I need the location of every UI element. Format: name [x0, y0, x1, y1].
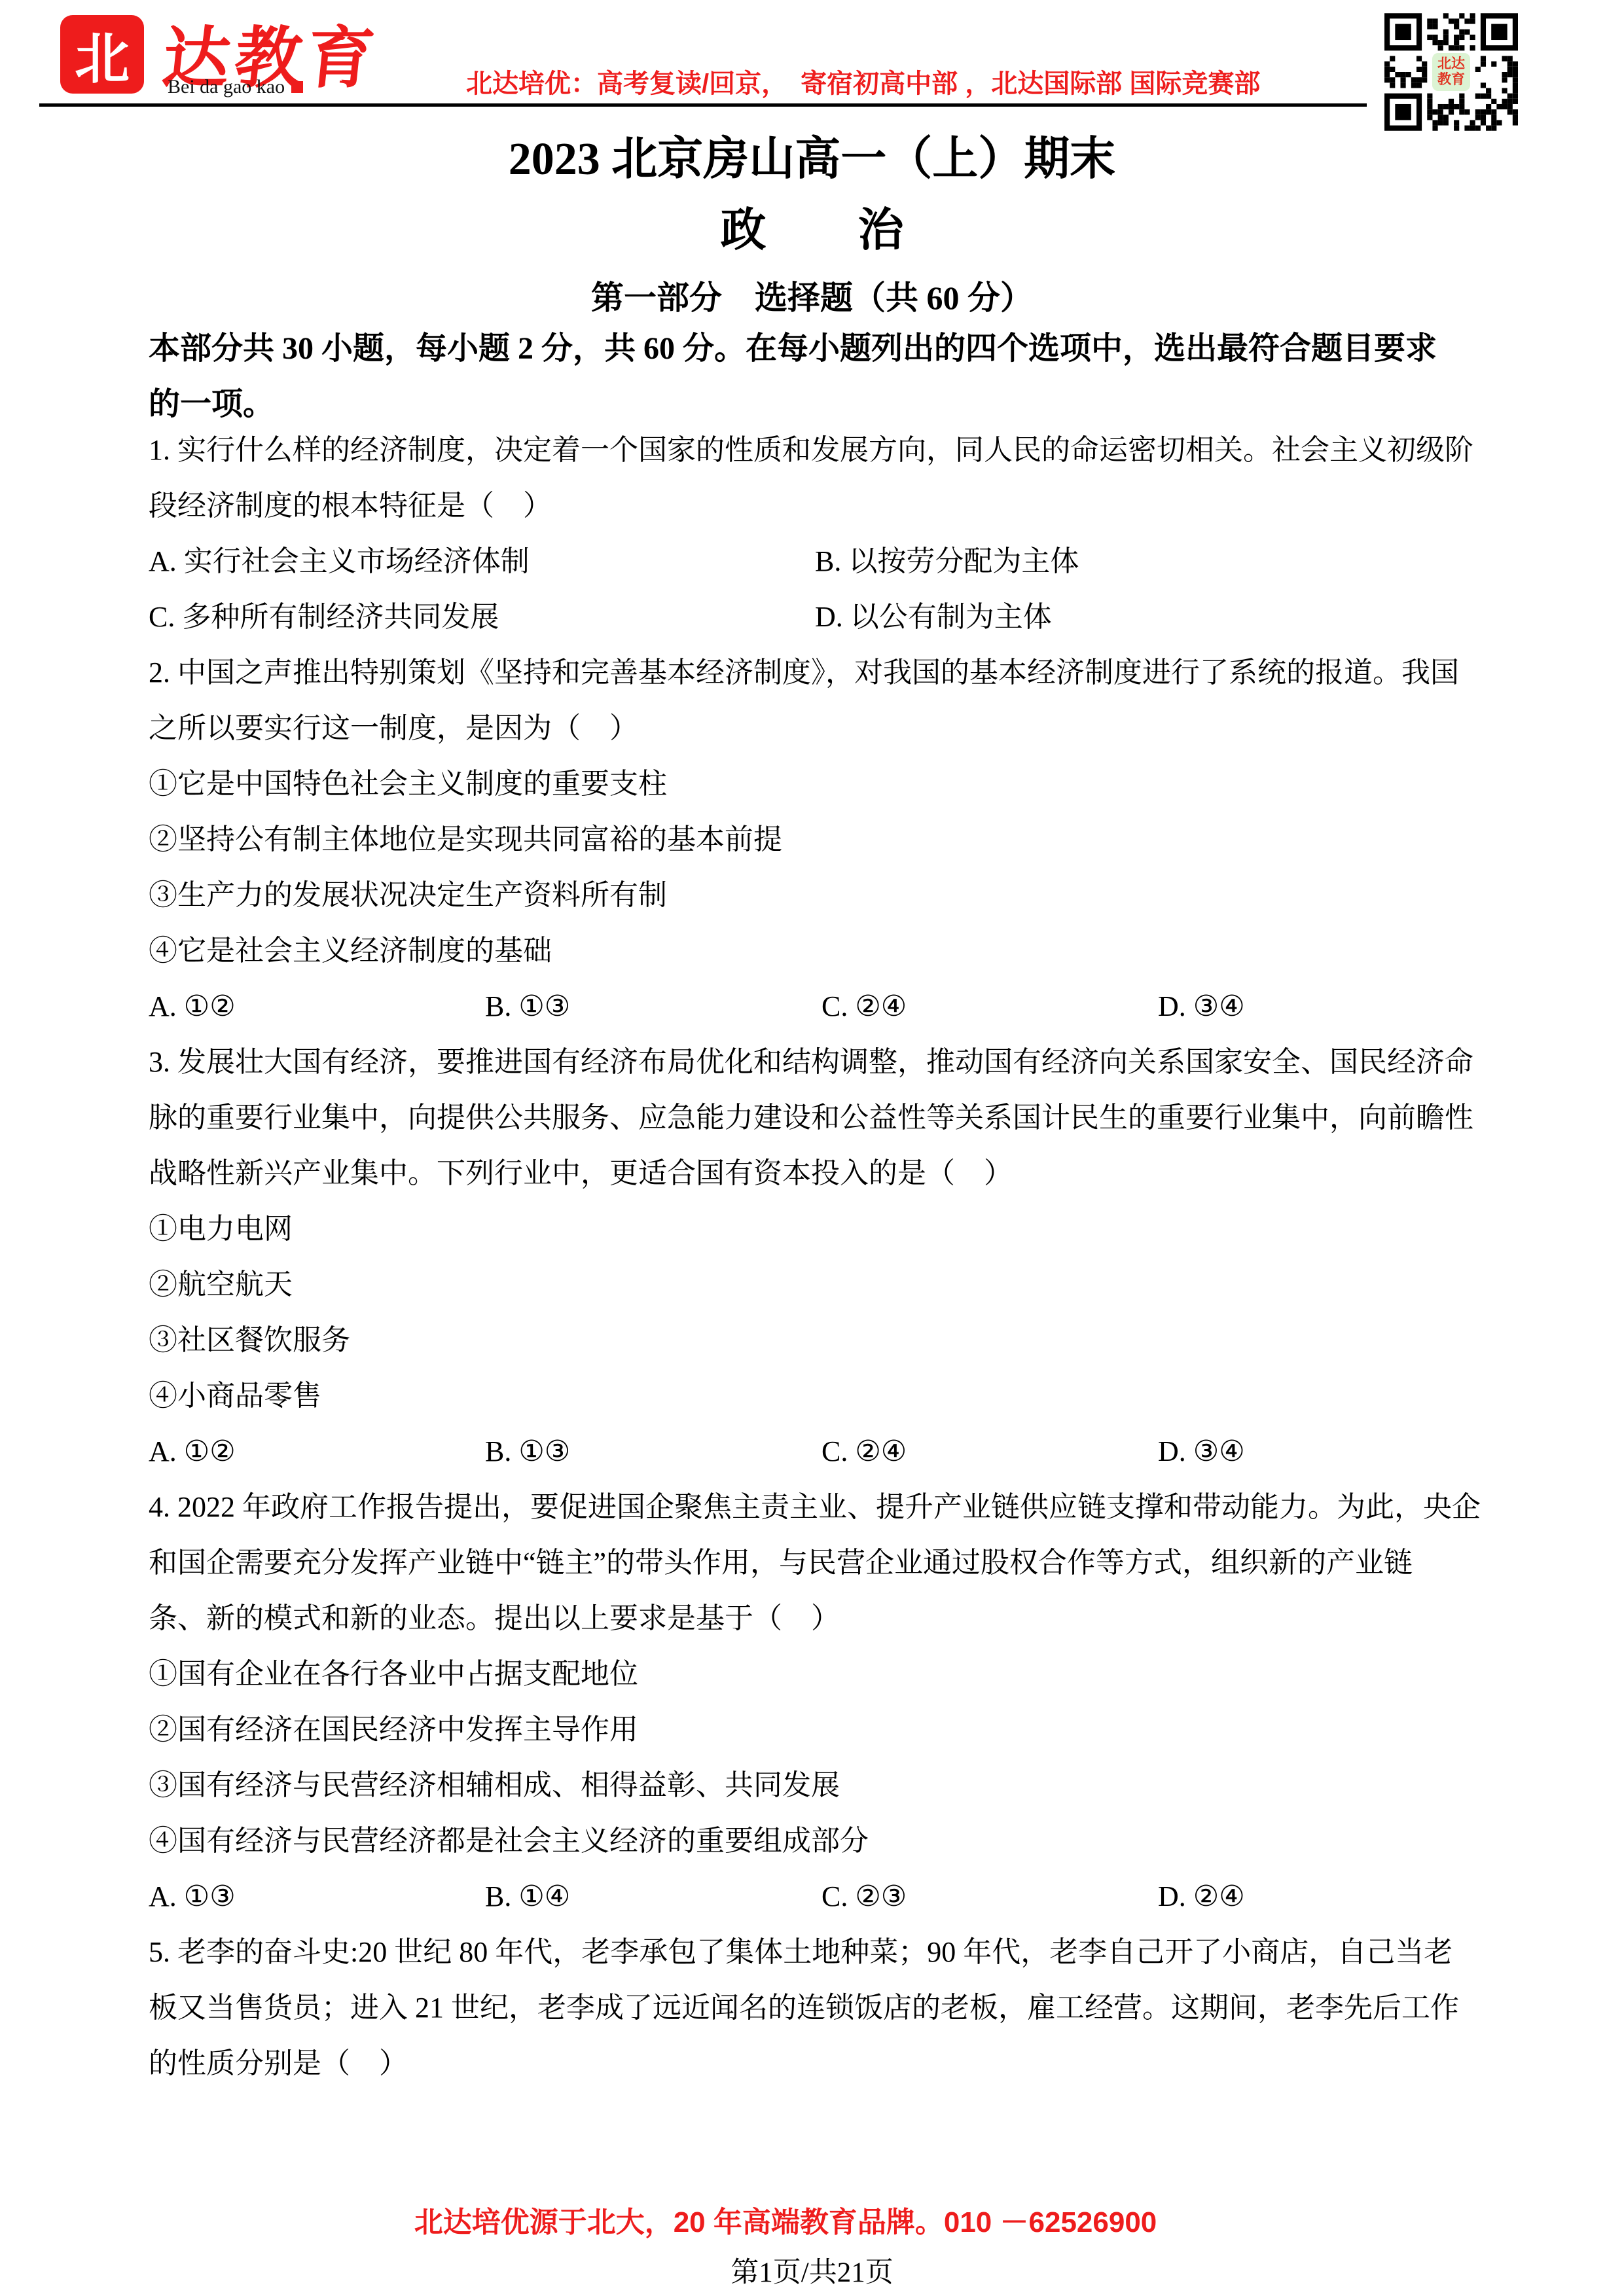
question-1-stem-line-2: 段经济制度的根本特征是（ ）	[149, 478, 1481, 533]
exam-page: 北 达教育 Bei da gao kao 北达培优：高考复读/回京， 寄宿初高中…	[0, 0, 1624, 2296]
question-4-item-2: ②国有经济在国民经济中发挥主导作用	[149, 1702, 1481, 1757]
question-4-stem-line-2: 和国企需要充分发挥产业链中“链主”的带头作用，与民营企业通过股权合作等方式，组织…	[149, 1535, 1481, 1590]
footer-slogan: 北达培优源于北大，20 年高端教育品牌。010 －62526900	[0, 2203, 1571, 2242]
question-5-stem-line-1: 5. 老李的奋斗史:20 世纪 80 年代，老李承包了集体土地种菜；90 年代，…	[149, 1924, 1481, 1980]
question-1-option-D: D. 以公有制为主体	[815, 589, 1481, 645]
question-1-options-row-2: C. 多种所有制经济共同发展D. 以公有制为主体	[149, 589, 1481, 645]
question-2-item-3: ③生产力的发展状况决定生产资料所有制	[149, 867, 1481, 923]
header-slogan: 北达培优：高考复读/回京， 寄宿初高中部 ，北达国际部 国际竞赛部	[466, 63, 1369, 100]
question-3-stem-line-2: 脉的重要行业集中，向提供公共服务、应急能力建设和公益性等关系国计民生的重要行业集…	[149, 1090, 1481, 1145]
document-title: 2023 北京房山高一（上）期末	[0, 130, 1624, 189]
question-3-item-2: ②航空航天	[149, 1257, 1481, 1312]
question-1-option-A: A. 实行社会主义市场经济体制	[149, 533, 815, 589]
question-2-stem-line-1: 2. 中国之声推出特别策划《坚持和完善基本经济制度》，对我国的基本经济制度进行了…	[149, 645, 1481, 700]
question-5-stem-line-3: 的性质分别是（ ）	[149, 2036, 1481, 2091]
question-3-option-C: C. ②④	[821, 1424, 1158, 1479]
question-4-item-1: ①国有企业在各行各业中占据支配地位	[149, 1646, 1481, 1702]
question-5-stem-line-2: 板又当售货员；进入 21 世纪，老李成了远近闻名的连锁饭店的老板，雇工经营。这期…	[149, 1980, 1481, 2036]
question-4-option-A: A. ①③	[149, 1869, 485, 1924]
question-1-option-C: C. 多种所有制经济共同发展	[149, 589, 815, 645]
question-3-option-D: D. ③④	[1158, 1424, 1481, 1479]
question-3-stem-line-3: 战略性新兴产业集中。下列行业中，更适合国有资本投入的是（ ）	[149, 1145, 1481, 1201]
subject-title: 政 治	[0, 202, 1624, 260]
qr-center-badge: 北达 教育	[1432, 53, 1470, 91]
logo-subtext: Bei da gao kao	[168, 76, 303, 98]
question-4-option-D: D. ②④	[1158, 1869, 1481, 1924]
question-2-option-D: D. ③④	[1158, 978, 1481, 1034]
question-1-option-B: B. 以按劳分配为主体	[815, 533, 1481, 589]
question-2-item-2: ②坚持公有制主体地位是实现共同富裕的基本前提	[149, 812, 1481, 867]
question-3-item-4: ④小商品零售	[149, 1368, 1481, 1424]
part-one-heading: 第一部分 选择题（共 60 分）	[0, 278, 1624, 317]
question-3-item-1: ①电力电网	[149, 1201, 1481, 1257]
question-2-options-row-1: A. ①②B. ①③C. ②④D. ③④	[149, 978, 1481, 1034]
logo-seal-icon: 北	[62, 17, 142, 92]
question-3-options-row-1: A. ①②B. ①③C. ②④D. ③④	[149, 1424, 1481, 1479]
logo-seal-char: 北	[75, 15, 130, 94]
question-2-option-C: C. ②④	[821, 978, 1158, 1034]
page-number: 第1页/共21页	[0, 2253, 1624, 2293]
question-4-options-row-1: A. ①③B. ①④C. ②③D. ②④	[149, 1869, 1481, 1924]
question-3-option-A: A. ①②	[149, 1424, 485, 1479]
qr-badge-line2: 教育	[1437, 72, 1465, 88]
question-2-option-B: B. ①③	[485, 978, 821, 1034]
questions: 1. 实行什么样的经济制度，决定着一个国家的性质和发展方向，同人民的命运密切相关…	[149, 422, 1481, 2091]
question-3-stem-line-1: 3. 发展壮大国有经济，要推进国有经济布局优化和结构调整，推动国有经济向关系国家…	[149, 1034, 1481, 1090]
question-1-options-row-1: A. 实行社会主义市场经济体制B. 以按劳分配为主体	[149, 533, 1481, 589]
question-4-option-C: C. ②③	[821, 1869, 1158, 1924]
logo-red-square-icon	[291, 81, 303, 93]
question-4-item-3: ③国有经济与民营经济相辅相成、相得益彰、共同发展	[149, 1757, 1481, 1813]
question-2-item-4: ④它是社会主义经济制度的基础	[149, 923, 1481, 978]
section-intro-line-1: 本部分共 30 小题，每小题 2 分，共 60 分。在每小题列出的四个选项中，选…	[149, 321, 1477, 376]
qr-code: 北达 教育	[1384, 13, 1518, 131]
question-1-stem-line-1: 1. 实行什么样的经济制度，决定着一个国家的性质和发展方向，同人民的命运密切相关…	[149, 422, 1481, 478]
question-4-option-B: B. ①④	[485, 1869, 821, 1924]
question-2-item-1: ①它是中国特色社会主义制度的重要支柱	[149, 756, 1481, 812]
question-2-stem-line-2: 之所以要实行这一制度，是因为（ ）	[149, 700, 1481, 756]
question-4-item-4: ④国有经济与民营经济都是社会主义经济的重要组成部分	[149, 1813, 1481, 1869]
question-4-stem-line-3: 条、新的模式和新的业态。提出以上要求是基于（ ）	[149, 1590, 1481, 1646]
qr-badge-line1: 北达	[1437, 56, 1465, 72]
question-4-stem-line-1: 4. 2022 年政府工作报告提出，要促进国企聚焦主责主业、提升产业链供应链支撑…	[149, 1479, 1481, 1535]
header-divider	[39, 103, 1367, 107]
question-2-option-A: A. ①②	[149, 978, 485, 1034]
question-3-option-B: B. ①③	[485, 1424, 821, 1479]
question-3-item-3: ③社区餐饮服务	[149, 1312, 1481, 1368]
